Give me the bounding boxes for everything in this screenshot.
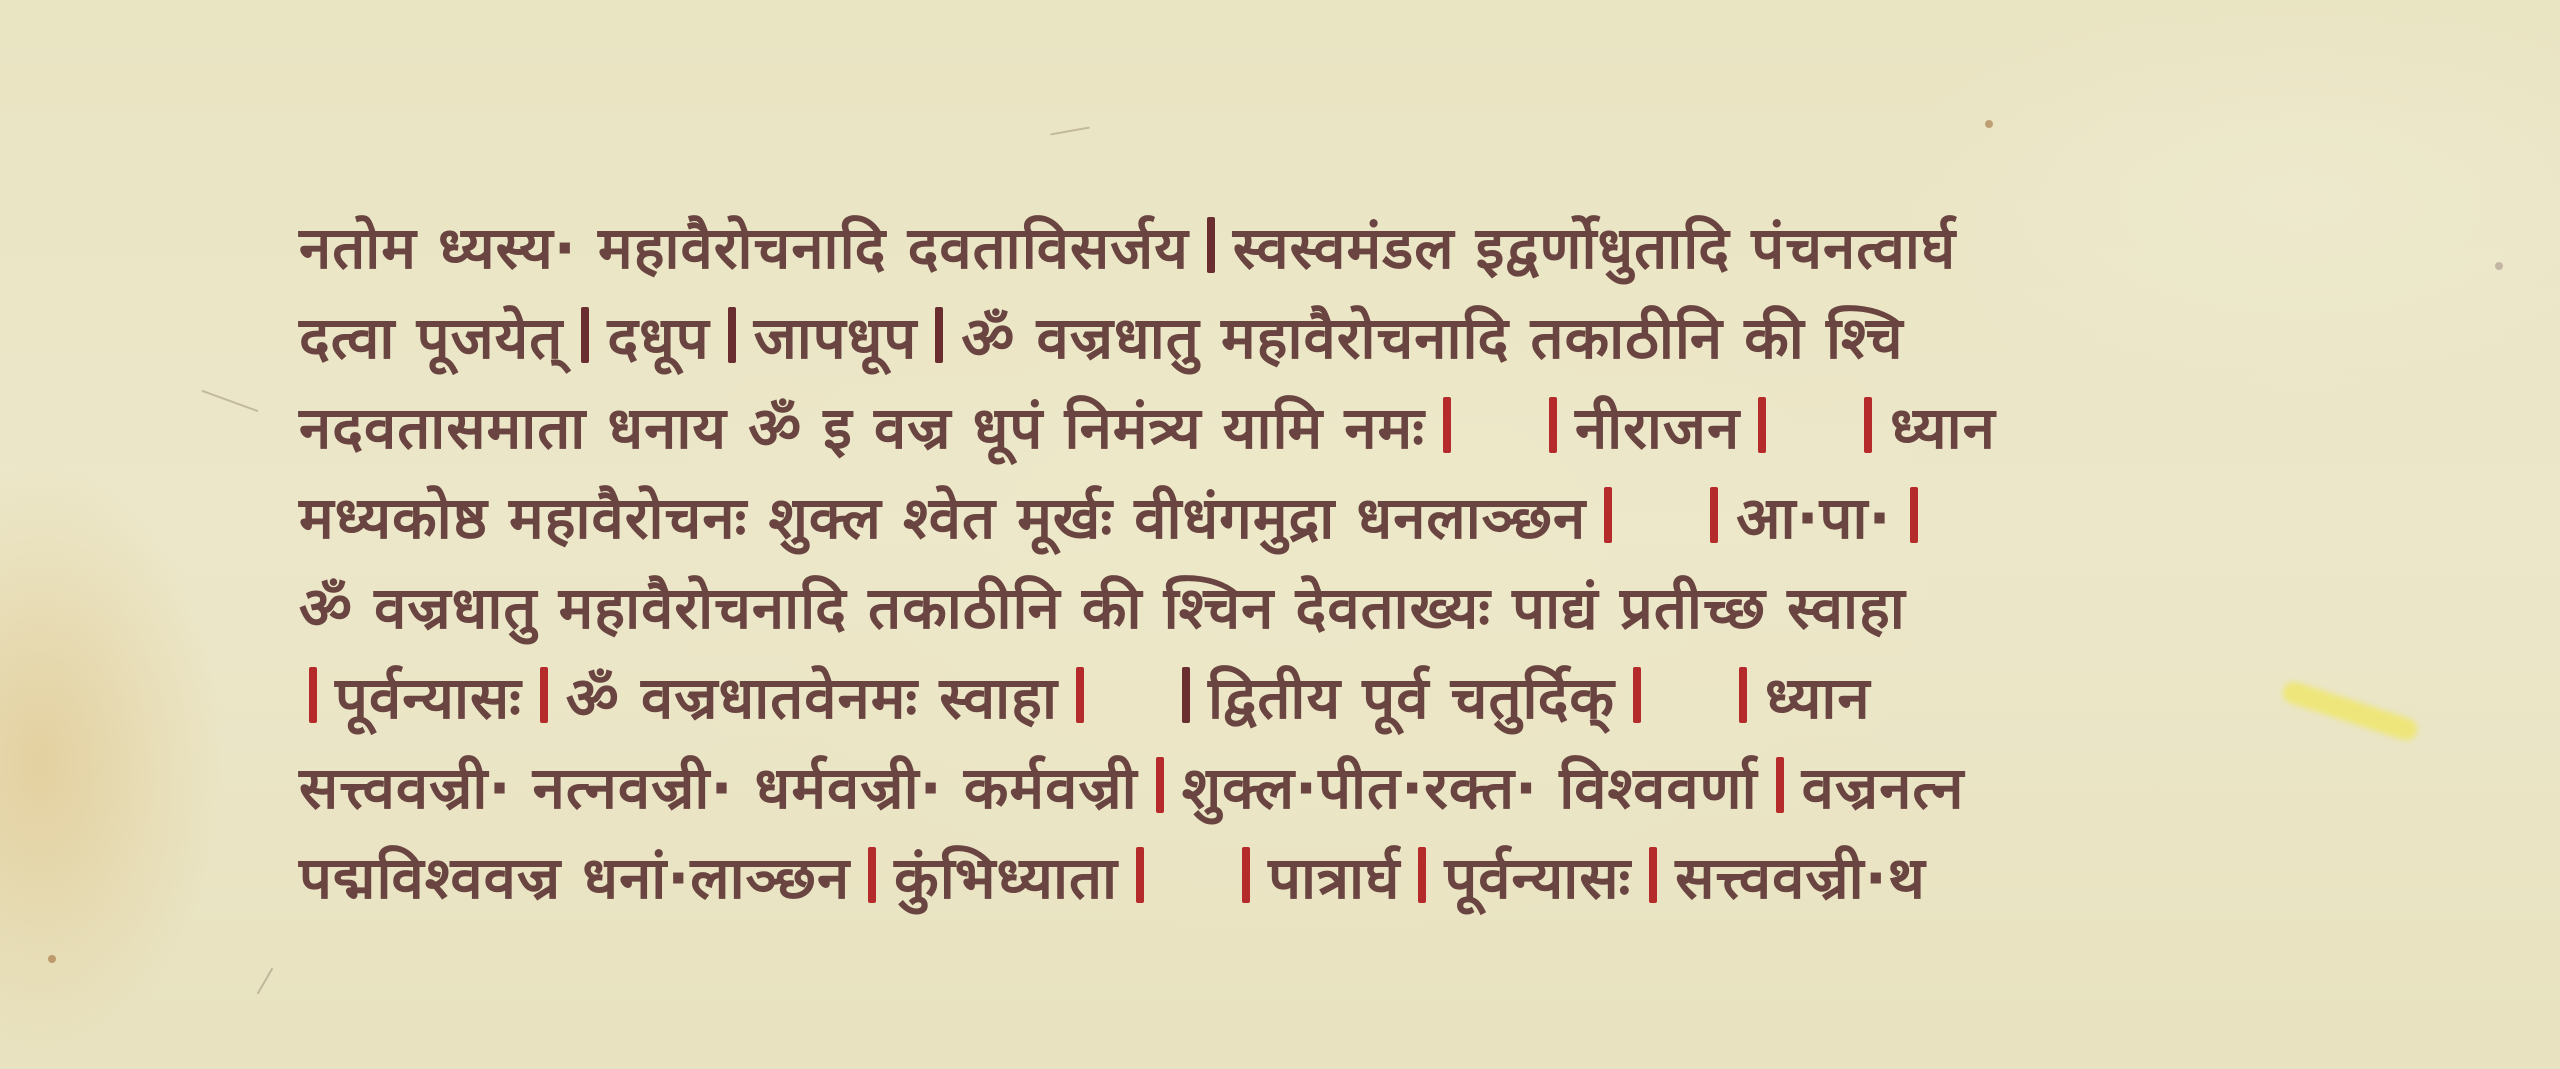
text-segment: कुंभिध्याता [890,836,1122,915]
text-segment: ध्यान [1761,656,1875,735]
text-segment: ॐ वज्रधातु महावैरोचनादि तकाठीनि की श्चिन… [295,566,1910,645]
text-segment: दत्वा पूजयेत् [295,296,567,375]
text-segment: सत्त्ववज्री·थ [1671,836,1930,915]
danda-mark [581,307,589,363]
danda-mark [1649,847,1657,903]
text-segment: ॐ वज्रधातु महावैरोचनादि तकाठीनि की श्चि [957,296,1907,375]
text-segment: पूर्वन्यासः [1440,836,1635,915]
text-segment: सत्त्ववज्री· नत्नवज्री· धर्मवज्री· कर्मव… [295,746,1142,825]
text-segment: मध्यकोष्ठ महावैरोचनः शुक्ल श्वेत मूर्खः … [295,476,1590,555]
danda-mark [1710,487,1718,543]
manuscript-line-7: सत्त्ववज्री· नत्नवज्री· धर्मवज्री· कर्मव… [295,740,2315,830]
text-segment: पात्रार्घ [1264,836,1404,915]
manuscript-line-2: दत्वा पूजयेत् दधूप जापधूप ॐ वज्रधातु महा… [295,290,2315,380]
text-segment: नदवतासमाता धनाय ॐ इ वज्र धूपं निमंत्र्य … [295,386,1429,465]
text-segment: आ·पा· [1732,476,1895,555]
paper-speck [2495,262,2503,270]
danda-mark [1443,397,1451,453]
danda-mark [1182,667,1190,723]
danda-mark [1864,397,1872,453]
text-segment: स्वस्वमंडल इद्वर्णोधुतादि पंचनत्वार्घ [1229,206,1960,285]
danda-mark [309,667,317,723]
danda-mark [728,307,736,363]
text-segment: ॐ वज्रधातवेनमः स्वाहा [562,656,1062,735]
paper-fiber [201,390,258,412]
text-segment: नतोम ध्यस्य· महावैरोचनादि दवताविसर्जय [295,206,1193,285]
danda-mark [1739,667,1747,723]
paper-speck [1985,120,1993,128]
danda-mark [935,307,943,363]
manuscript-line-3: नदवतासमाता धनाय ॐ इ वज्र धूपं निमंत्र्य … [295,380,2315,470]
paper-fiber [257,968,274,995]
manuscript-line-8: पद्मविश्ववज्र धनां·लाञ्छन कुंभिध्याता पा… [295,830,2315,920]
danda-mark [1604,487,1612,543]
danda-mark [1207,217,1215,273]
danda-mark [1242,847,1250,903]
danda-mark [1910,487,1918,543]
text-segment: शुक्ल·पीत·रक्त· विश्ववर्णा [1178,746,1762,825]
text-segment: वज्रनत्न [1798,746,1969,825]
danda-mark [868,847,876,903]
danda-mark [1758,397,1766,453]
danda-mark [1776,757,1784,813]
danda-mark [1076,667,1084,723]
danda-mark [1418,847,1426,903]
manuscript-line-4: मध्यकोष्ठ महावैरोचनः शुक्ल श्वेत मूर्खः … [295,470,2315,560]
text-segment: नीराजन [1571,386,1744,465]
manuscript-line-1: नतोम ध्यस्य· महावैरोचनादि दवताविसर्जय स्… [295,200,2315,290]
manuscript-line-6: पूर्वन्यासः ॐ वज्रधातवेनमः स्वाहा द्विती… [295,650,2315,740]
danda-mark [1633,667,1641,723]
danda-mark [540,667,548,723]
text-segment: द्वितीय पूर्व चतुर्दिक् [1204,656,1619,735]
manuscript-folio: नतोम ध्यस्य· महावैरोचनादि दवताविसर्जय स्… [0,0,2560,1069]
text-segment: ध्यान [1886,386,2000,465]
danda-mark [1136,847,1144,903]
manuscript-text: नतोम ध्यस्य· महावैरोचनादि दवताविसर्जय स्… [295,200,2315,920]
danda-mark [1549,397,1557,453]
text-segment: दधूप [603,296,713,375]
text-segment: पद्मविश्ववज्र धनां·लाञ्छन [295,836,854,915]
text-segment: जापधूप [750,296,922,375]
paper-speck [48,955,56,963]
paper-fiber [1050,127,1090,136]
danda-mark [1156,757,1164,813]
text-segment: पूर्वन्यासः [331,656,526,735]
manuscript-line-5: ॐ वज्रधातु महावैरोचनादि तकाठीनि की श्चिन… [295,560,2315,650]
